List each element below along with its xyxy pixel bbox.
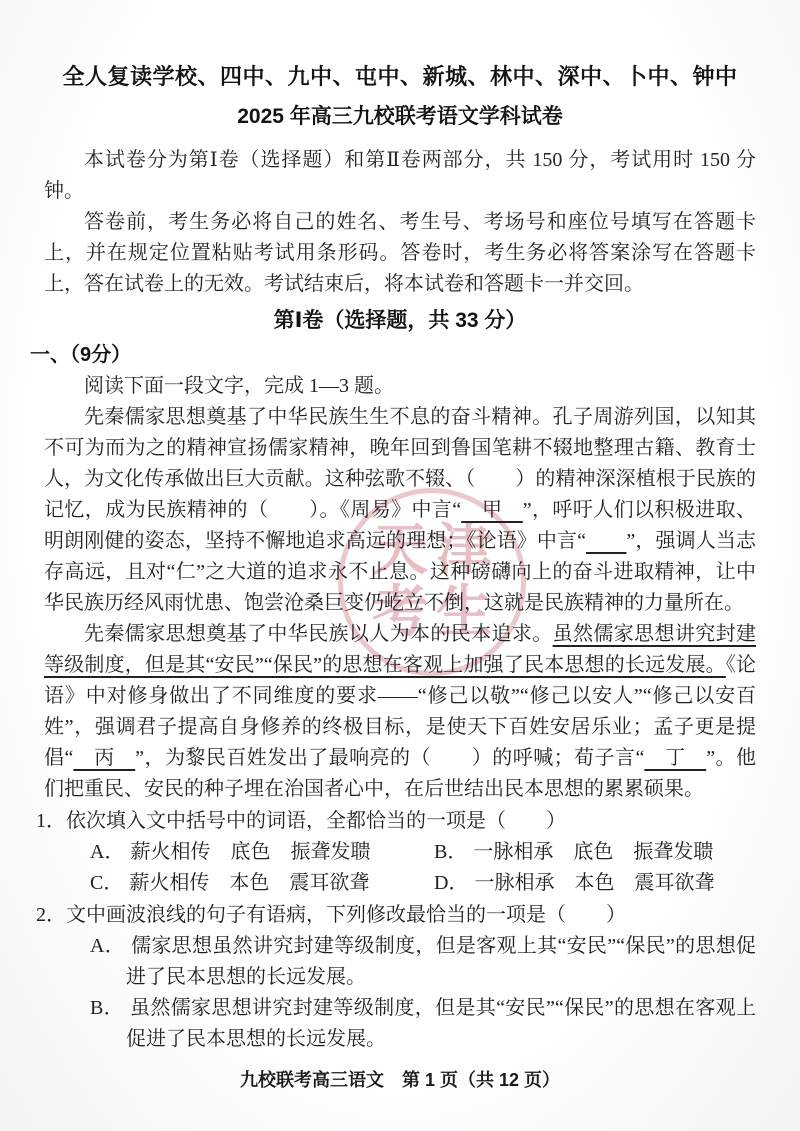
blank-jia: 甲: [461, 499, 523, 521]
option-text: 薪火相传 本色 震耳欲聋: [129, 872, 369, 894]
question-1-options: A．薪火相传 底色 振聋发聩 B．一脉相承 底色 振聋发聩 C．薪火相传 本色 …: [90, 837, 756, 899]
question-1-option-d: D．一脉相承 本色 震耳欲聋: [434, 868, 756, 899]
option-letter: B．: [434, 841, 467, 863]
option-letter: A．: [90, 841, 124, 863]
school-list-title: 全人复读学校、四中、九中、屯中、新城、林中、深中、卜中、钟中: [44, 60, 756, 91]
reading-instruction: 阅读下面一段文字，完成 1—3 题。: [44, 371, 756, 402]
page-footer: 九校联考高三语文 第 1 页（共 12 页）: [0, 1066, 800, 1092]
option-text: 虽然儒家思想讲究封建等级制度，但是其“安民”“保民”的思想在客观上促进了民本思想…: [126, 997, 756, 1050]
question-1-option-c: C．薪火相传 本色 震耳欲聋: [90, 868, 434, 899]
passage-paragraph-2: 先秦儒家思想奠基了中华民族以人为本的民本追求。虽然儒家思想讲究封建等级制度，但是…: [44, 619, 756, 805]
option-text: 儒家思想虽然讲究封建等级制度，但是客观上其“安民”“保民”的思想促进了民本思想的…: [126, 935, 756, 988]
option-letter: C．: [90, 872, 123, 894]
blank-underline: [586, 530, 626, 552]
question-number: 1．: [36, 810, 66, 832]
option-letter: D．: [434, 872, 468, 894]
option-text: 薪火相传 底色 振聋发聩: [130, 841, 370, 863]
question-2-stem: 2．文中画波浪线的句子有语病，下列修改最恰当的一项是（ ）: [36, 900, 756, 931]
blank-ding: 丁: [644, 747, 706, 769]
question-number: 2．: [36, 904, 66, 926]
passage-paragraph-1: 先秦儒家思想奠基了中华民族生生不息的奋斗精神。孔子周游列国，以知其不可为而为之的…: [44, 402, 756, 619]
question-text: 文中画波浪线的句子有语病，下列修改最恰当的一项是（ ）: [66, 904, 626, 926]
question-1-stem: 1．依次填入文中括号中的词语，全都恰当的一项是（ ）: [36, 806, 756, 837]
question-2: 2．文中画波浪线的句子有语病，下列修改最恰当的一项是（ ） A．儒家思想虽然讲究…: [44, 900, 756, 1055]
section-1-heading: 第Ⅰ卷（选择题，共 33 分）: [44, 305, 756, 336]
question-1: 1．依次填入文中括号中的词语，全都恰当的一项是（ ） A．薪火相传 底色 振聋发…: [44, 806, 756, 899]
blank-bing: 丙: [73, 747, 135, 769]
exam-title: 2025 年高三九校联考语文学科试卷: [44, 100, 756, 130]
passage-text: ”，为黎民百姓发出了最响亮的（ ）的呼喊；荀子言“: [135, 747, 644, 769]
question-text: 依次填入文中括号中的词语，全都恰当的一项是（ ）: [66, 810, 566, 832]
question-1-option-a: A．薪火相传 底色 振聋发聩: [90, 837, 434, 868]
exam-info-paragraph: 本试卷分为第Ⅰ卷（选择题）和第Ⅱ卷两部分，共 150 分，考试用时 150 分钟…: [44, 145, 756, 207]
question-2-option-a: A．儒家思想虽然讲究封建等级制度，但是客观上其“安民”“保民”的思想促进了民本思…: [90, 931, 756, 993]
part-1-label: 一、（9分）: [30, 340, 756, 371]
option-letter: B．: [90, 997, 124, 1019]
passage-text: 先秦儒家思想奠基了中华民族以人为本的民本追求。: [84, 623, 553, 645]
option-text: 一脉相承 本色 震耳欲聋: [474, 872, 714, 894]
question-1-option-b: B．一脉相承 底色 振聋发聩: [434, 837, 756, 868]
answer-instructions-paragraph: 答卷前，考生务必将自己的姓名、考生号、考场号和座位号填写在答题卡上，并在规定位置…: [44, 207, 756, 300]
question-2-option-b: B．虽然儒家思想讲究封建等级制度，但是其“安民”“保民”的思想在客观上促进了民本…: [90, 993, 756, 1055]
option-letter: A．: [90, 935, 125, 957]
exam-content: 全人复读学校、四中、九中、屯中、新城、林中、深中、卜中、钟中 2025 年高三九…: [0, 0, 800, 1055]
exam-page: 天津 考生 全人复读学校、四中、九中、屯中、新城、林中、深中、卜中、钟中 202…: [0, 0, 800, 1131]
option-text: 一脉相承 底色 振聋发聩: [473, 841, 713, 863]
